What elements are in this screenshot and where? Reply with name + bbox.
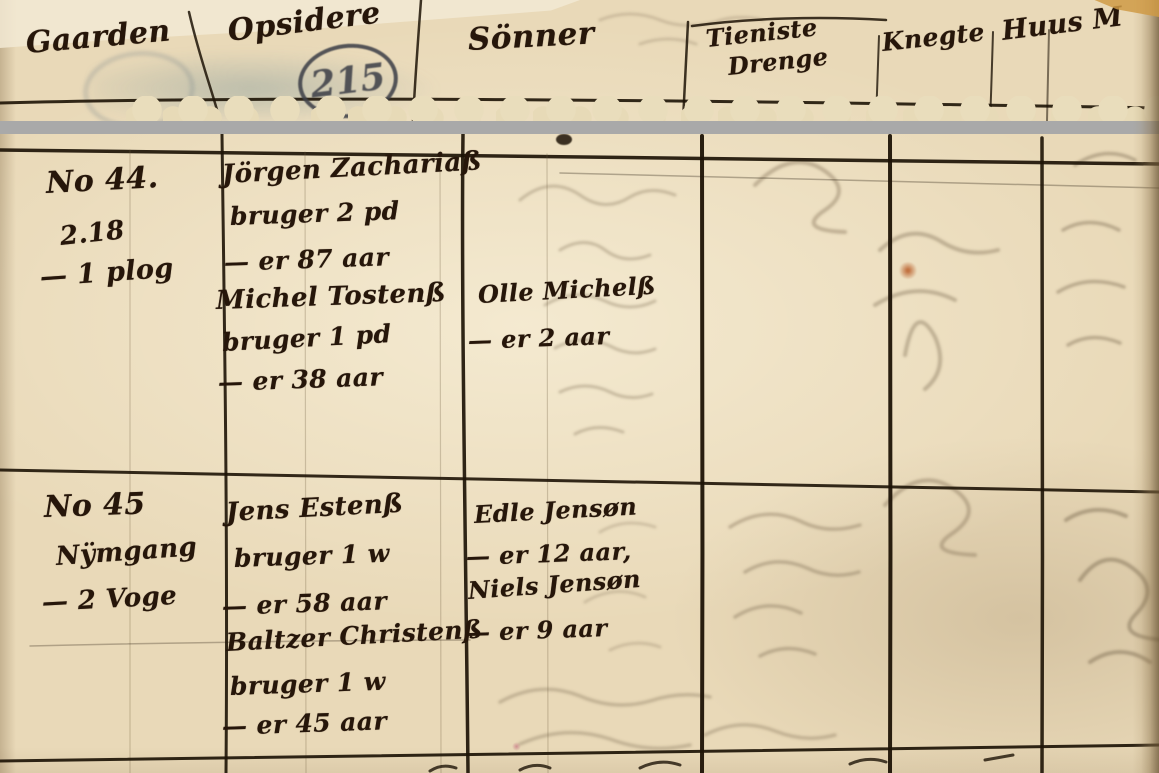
row-45-occupant-1-uses: bruger 1 w: [233, 539, 390, 573]
row-45-son-2-age: — er 9 aar: [465, 613, 607, 647]
manuscript-page: Gaarden Opsidere Sönner Tieniste Drenge …: [0, 0, 1159, 773]
row-44-farm-number: No 44.: [45, 160, 159, 201]
pink-speck: [512, 742, 521, 751]
row-45-farm-number: No 45: [43, 486, 146, 525]
row-45-occupant-2-uses: bruger 1 w: [229, 667, 386, 701]
ink-blot: [556, 134, 572, 145]
row-44-occupant-1-age: — er 87 aar: [223, 242, 389, 277]
row-45-occupant-2-age: — er 45 aar: [221, 706, 387, 741]
scan-separator-band: [0, 121, 1159, 134]
row-44-occupant-1-uses: bruger 2 pd: [229, 196, 399, 231]
column-header-sonner: Sönner: [467, 15, 595, 58]
rust-stain: [898, 262, 918, 279]
row-45-occupant-1-age: — er 58 aar: [221, 586, 387, 621]
row-44-occupant-2-age: — er 38 aar: [217, 362, 383, 397]
page-right-edge: [1133, 0, 1159, 773]
row-44-son-1-age: — er 2 aar: [467, 321, 609, 355]
